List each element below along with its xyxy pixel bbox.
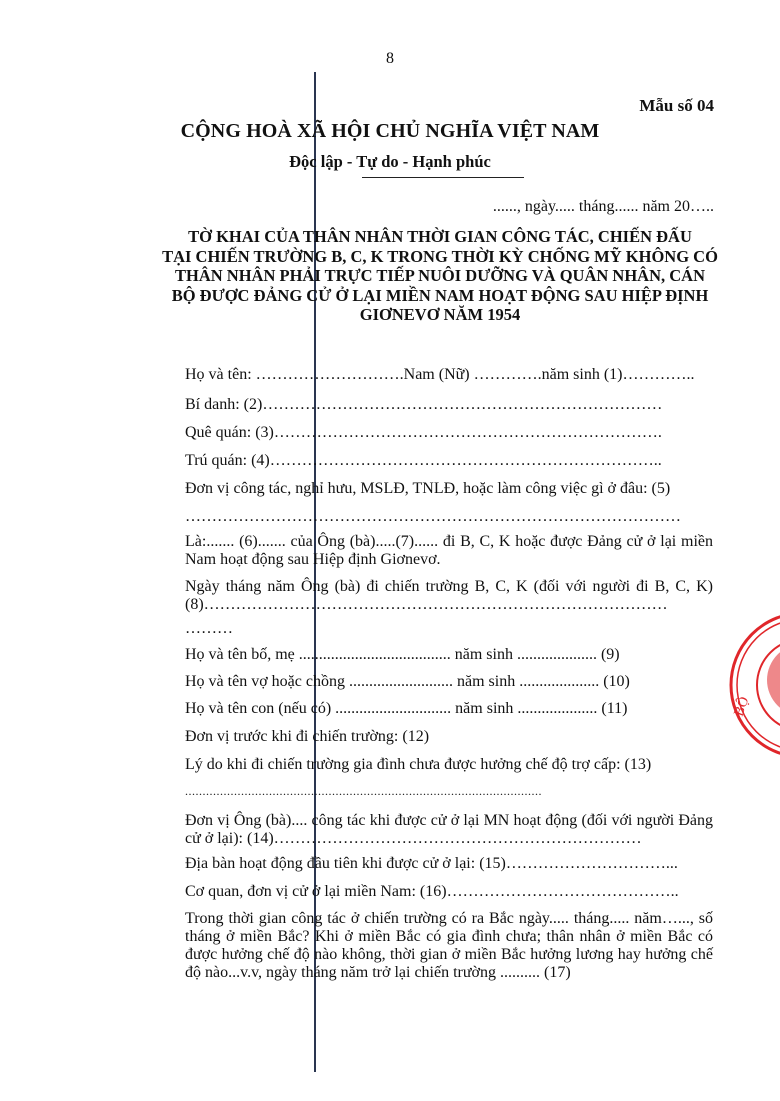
page-number: 8	[0, 50, 780, 68]
field-reason: Lý do khi đi chiến trường gia đình chưa …	[185, 756, 651, 774]
title-line: TỜ KHAI CỦA THÂN NHÂN THỜI GIAN CÔNG TÁC…	[150, 227, 730, 247]
field-parents: Họ và tên bố, mẹ .......................…	[185, 646, 620, 664]
field-children: Họ và tên con (nếu có) .................…	[185, 700, 627, 718]
title-line: BỘ ĐƯỢC ĐẢNG CỬ Ở LẠI MIỀN NAM HOẠT ĐỘNG…	[150, 286, 730, 306]
field-north-trip: Trong thời gian công tác ở chiến trường …	[185, 910, 713, 982]
title-line: THÂN NHÂN PHẢI TRỰC TIẾP NUÔI DƯỠNG VÀ Q…	[150, 266, 730, 286]
form-title: TỜ KHAI CỦA THÂN NHÂN THỜI GIAN CÔNG TÁC…	[150, 227, 730, 325]
motto-underline	[362, 177, 524, 178]
field-spouse: Họ và tên vợ hoặc chồng ................…	[185, 673, 630, 691]
red-seal-stamp: BỘ	[728, 605, 780, 765]
form-code: Mẫu số 04	[639, 96, 714, 116]
field-first-area: Địa bàn hoạt động đầu tiên khi được cử ở…	[185, 855, 678, 873]
field-departure-date: Ngày tháng năm Ông (bà) đi chiến trường …	[185, 578, 713, 614]
motto: Độc lập - Tự do - Hạnh phúc	[0, 152, 780, 172]
field-south-unit: Đơn vị Ông (bà).... công tác khi được cử…	[185, 812, 713, 848]
field-agency: Cơ quan, đơn vị cử ở lại miền Nam: (16)……	[185, 883, 679, 901]
field-prior-unit: Đơn vị trước khi đi chiến trường: (12)	[185, 728, 429, 746]
field-workplace: Đơn vị công tác, nghỉ hưu, MSLĐ, TNLĐ, h…	[185, 480, 670, 498]
field-departure-dots: ………	[185, 620, 233, 638]
field-workplace-dots: …………………………………………………………………………………	[185, 508, 681, 526]
field-relation: Là:....... (6)....... của Ông (bà).....(…	[185, 533, 713, 569]
field-reason-dots: ........................................…	[185, 784, 542, 799]
field-residence: Trú quán: (4)………………………………………………………………..	[185, 452, 662, 470]
title-line: TẠI CHIẾN TRƯỜNG B, C, K TRONG THỜI KỲ C…	[150, 247, 730, 267]
field-hometown: Quê quán: (3)……………………………………………………………….	[185, 424, 662, 442]
field-alias: Bí danh: (2)…………………………………………………………………	[185, 396, 662, 414]
dateline: ......, ngày..... tháng...... năm 20…..	[493, 198, 714, 216]
nation-header: CỘNG HOÀ XÃ HỘI CHỦ NGHĨA VIỆT NAM	[0, 120, 780, 143]
title-line: GIƠNEVƠ NĂM 1954	[150, 305, 730, 325]
field-name: Họ và tên: ……………………….Nam (Nữ) ………….năm s…	[185, 366, 695, 384]
